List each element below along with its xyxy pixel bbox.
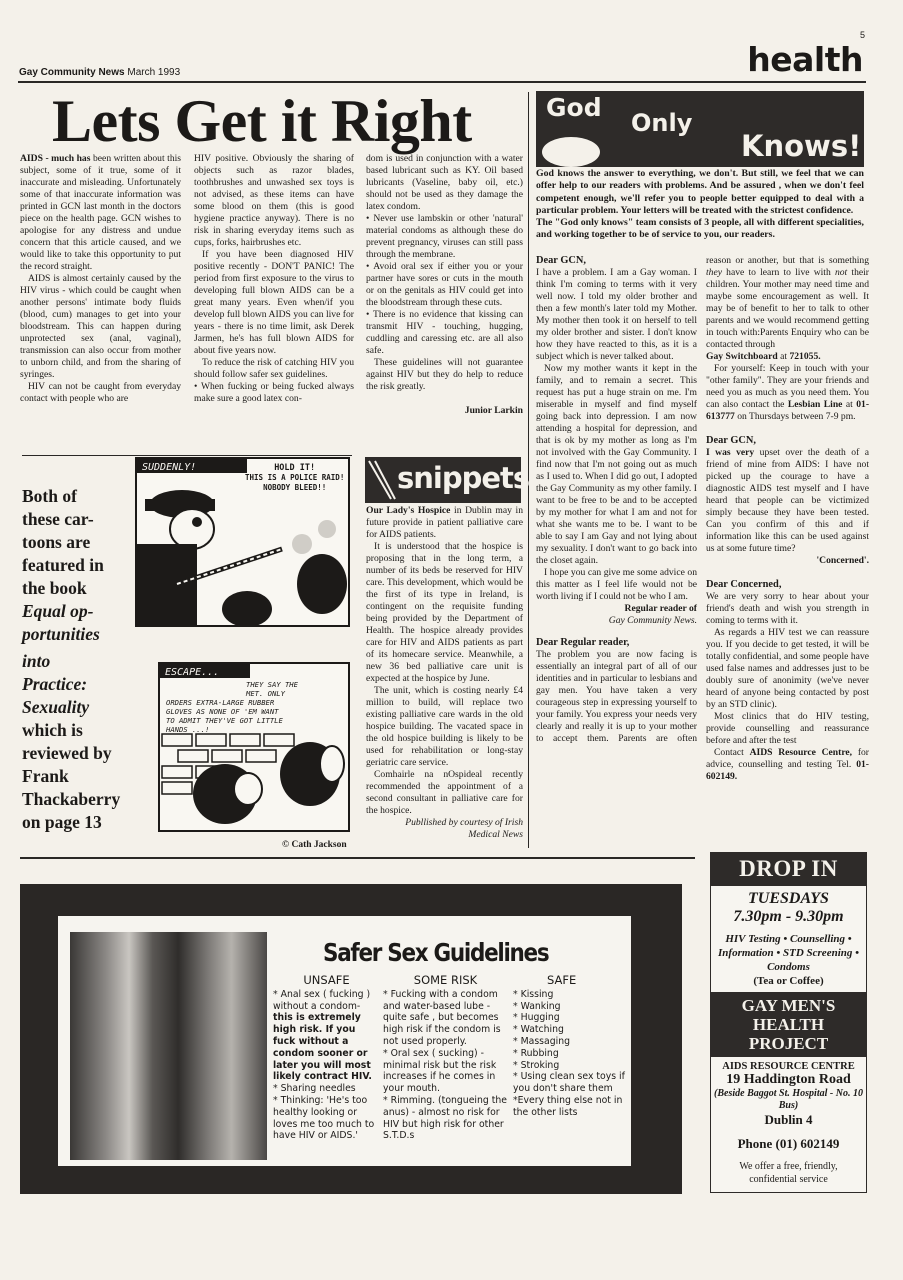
svg-text:SUDDENLY!: SUDDENLY! bbox=[142, 462, 196, 473]
article-paragraph: If you have been diagnosed HIV positive … bbox=[194, 249, 354, 357]
reply-paragraph: We are very sorry to hear about your fri… bbox=[706, 591, 869, 627]
letters-column-2: reason or another, but that is something… bbox=[706, 255, 869, 783]
reply-salutation: Dear Concerned, bbox=[706, 579, 869, 591]
letter-paragraph: Now my mother wants it kept in the famil… bbox=[536, 363, 697, 567]
letter-salutation: Dear GCN, bbox=[706, 435, 869, 447]
gay-mens-health-project: GAY MEN'S HEALTH PROJECT bbox=[710, 993, 867, 1056]
section-title: health bbox=[747, 40, 863, 79]
article-paragraph: dom is used in conjunction with a water … bbox=[366, 153, 523, 213]
drop-in-schedule: TUESDAYS 7.30pm - 9.30pm HIV Testing • C… bbox=[710, 885, 867, 993]
snippets-lead: Our Lady's Hospice bbox=[366, 505, 450, 516]
column-heading: SOME RISK bbox=[383, 975, 508, 987]
letter-signoff: 'Concerned'. bbox=[706, 555, 869, 567]
speech-bubble: THEY SAY THE MET. ONLY ORDERS EXTRA-LARG… bbox=[166, 680, 342, 734]
reply-paragraph: As regards a HIV test we can reassure yo… bbox=[706, 627, 869, 711]
snippets-title: snippets bbox=[397, 461, 529, 495]
snippets-credit: Publlished by courtesy of IrishMedical N… bbox=[366, 817, 523, 841]
banner-word: God bbox=[546, 93, 602, 122]
column-heading: UNSAFE bbox=[273, 975, 380, 987]
cartoon-escape: ESCAPE... THEY SAY THE MET. ONLY ORDERS … bbox=[158, 662, 350, 832]
banner-word: Knows! bbox=[741, 129, 861, 163]
drop-in-phone: Phone (01) 602149 bbox=[711, 1136, 866, 1152]
drop-in-ad: DROP IN TUESDAYS 7.30pm - 9.30pm HIV Tes… bbox=[710, 852, 867, 1193]
article-bullet: • There is no evidence that kissing can … bbox=[366, 309, 523, 357]
article-column-1: AIDS - much has been written about this … bbox=[20, 153, 181, 405]
issue-date: March 1993 bbox=[127, 67, 180, 78]
cartoon-top-rule bbox=[22, 455, 352, 456]
reply-paragraph: Most clinics that do HIV testing, provid… bbox=[706, 711, 869, 747]
article-bullet: • When fucking or being fucked always ma… bbox=[194, 381, 354, 405]
article-byline: Junior Larkin bbox=[366, 405, 523, 417]
oval-decoration-icon bbox=[542, 137, 600, 167]
section-rule bbox=[20, 857, 695, 859]
article-paragraph: HIV can not be caught from everyday cont… bbox=[20, 381, 181, 405]
safer-sex-title: Safer Sex Guidelines bbox=[323, 938, 548, 967]
reply-paragraph: reason or another, but that is something… bbox=[706, 255, 869, 351]
safe-column: SAFE * Kissing * Wanking * Hugging * Wat… bbox=[513, 975, 628, 1119]
article-paragraph: These guidelines will not guarantee agai… bbox=[366, 357, 523, 393]
god-only-knows-banner: God Only Knows! bbox=[536, 91, 864, 167]
unsafe-column: UNSAFE * Anal sex ( fucking ) without a … bbox=[273, 975, 380, 1142]
article-column-3: dom is used in conjunction with a water … bbox=[366, 153, 523, 417]
article-column-2: HIV positive. Obviously the sharing of o… bbox=[194, 153, 354, 405]
unsafe-warning: this is extremely high risk. If you fuck… bbox=[273, 1012, 380, 1083]
snippets-body: Our Lady's Hospice in Dublin may in futu… bbox=[366, 505, 523, 841]
reply-paragraph: The problem you are now facing is essent… bbox=[536, 649, 697, 745]
page-number: 5 bbox=[860, 30, 865, 40]
article-bullet: • Avoid oral sex if either you or your p… bbox=[366, 261, 523, 309]
article-lead: AIDS - much has bbox=[20, 153, 90, 164]
snippets-banner: snippets bbox=[365, 457, 521, 503]
drop-in-address: AIDS RESOURCE CENTRE 19 Haddington Road … bbox=[710, 1056, 867, 1193]
snippets-paragraph: Comhairle na nOspideal recently recommen… bbox=[366, 769, 523, 817]
masthead: Gay Community News March 1993 bbox=[19, 67, 180, 78]
cartoon-credit: © Cath Jackson bbox=[282, 840, 347, 850]
article-headline: Lets Get it Right bbox=[52, 86, 472, 156]
letters-column-1: Dear GCN, I have a problem. I am a Gay w… bbox=[536, 255, 697, 745]
letter-salutation: Dear GCN, bbox=[536, 255, 697, 267]
banner-word: Only bbox=[631, 109, 692, 137]
snippets-paragraph: It is understood that the hospice is pro… bbox=[366, 541, 523, 685]
article-paragraph: HIV positive. Obviously the sharing of o… bbox=[194, 153, 354, 249]
letter-signoff: Regular reader of bbox=[536, 603, 697, 615]
cartoon-caption: Both of these car- toons are featured in… bbox=[22, 485, 142, 834]
article-paragraph: AIDS is almost certainly caused by the H… bbox=[20, 273, 181, 381]
column-heading: SAFE bbox=[513, 975, 628, 987]
snippets-paragraph: The unit, which is costing nearly £4 mil… bbox=[366, 685, 523, 769]
letter-paragraph: I have a problem. I am a Gay woman. I th… bbox=[536, 267, 697, 363]
article-paragraph: To reduce the risk of catching HIV you s… bbox=[194, 357, 354, 381]
top-rule bbox=[18, 81, 866, 83]
some-risk-column: SOME RISK * Fucking with a condom and wa… bbox=[383, 975, 508, 1142]
speech-bubble: HOLD IT! THIS IS A POLICE RAID! NOBODY B… bbox=[245, 463, 344, 493]
publication-name: Gay Community News bbox=[19, 67, 125, 78]
god-only-knows-intro: God knows the answer to everything, we d… bbox=[536, 168, 864, 242]
jeans-photo bbox=[70, 932, 267, 1160]
letter-signoff: Gay Community News. bbox=[536, 615, 697, 627]
article-paragraph: been written about this subject, some of… bbox=[20, 153, 181, 272]
svg-text:ESCAPE...: ESCAPE... bbox=[165, 667, 219, 678]
drop-in-title: DROP IN bbox=[710, 852, 867, 885]
reply-salutation: Dear Regular reader, bbox=[536, 637, 697, 649]
cartoon-police-raid: SUDDENLY! HOLD IT! THIS IS A POLICE RAID… bbox=[135, 457, 350, 627]
article-bullet: • Never use lambskin or other 'natural' … bbox=[366, 213, 523, 261]
slash-decoration-icon bbox=[367, 459, 397, 501]
letter-paragraph: I hope you can give me some advice on th… bbox=[536, 567, 697, 603]
